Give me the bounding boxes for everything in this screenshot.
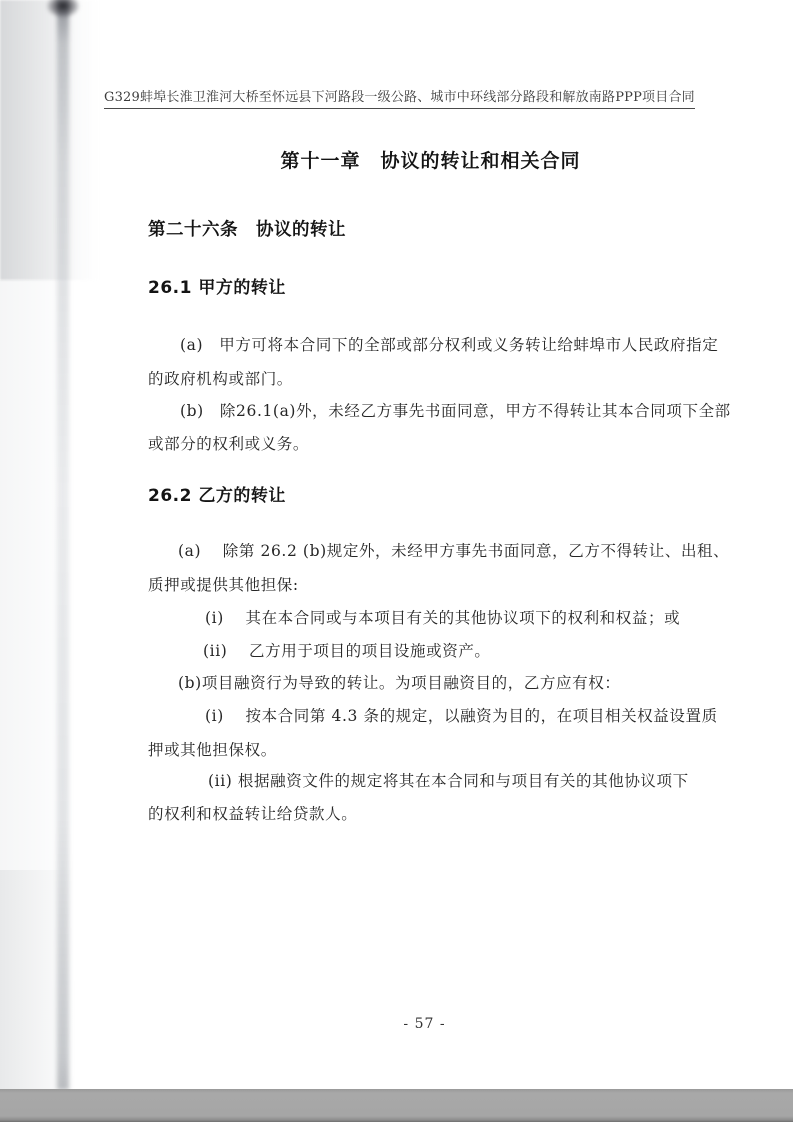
clause-26-2-line-6: (i) 按本合同第 4.3 条的规定，以融资为目的，在项目相关权益设置质: [205, 705, 718, 727]
scan-top-smudge: [46, 0, 80, 18]
clause-26-2-line-1: (a) 除第 26.2 (b)规定外，未经甲方事先书面同意，乙方不得转让、出租、: [178, 540, 729, 562]
clause-26-1-heading: 26.1 甲方的转让: [148, 273, 286, 298]
scan-shadow-left-middle: [0, 280, 95, 870]
scan-bottom-band: [0, 1089, 793, 1122]
article-heading: 第二十六条 协议的转让: [148, 216, 346, 241]
scanned-page: G329蚌埠长淮卫淮河大桥至怀远县下河路段一级公路、城市中环线部分路段和解放南路…: [0, 0, 793, 1122]
clause-26-2-line-5: (b)项目融资行为导致的转让。为项目融资目的，乙方应有权：: [178, 672, 620, 694]
clause-26-2-line-4: (ii) 乙方用于项目的项目设施或资产。: [203, 640, 491, 662]
clause-26-2-heading: 26.2 乙方的转让: [148, 481, 286, 506]
clause-26-1-line-1: (a) 甲方可将本合同下的全部或部分权利或义务转让给蚌埠市人民政府指定: [180, 334, 718, 356]
clause-26-2-line-2: 质押或提供其他担保:: [148, 574, 299, 596]
clause-26-1-line-4: 或部分的权利或义务。: [148, 433, 309, 455]
clause-26-2-line-9: 的权利和权益转让给贷款人。: [148, 803, 357, 825]
scan-shadow-left-top: [0, 0, 100, 280]
clause-26-2-line-7: 押或其他担保权。: [148, 739, 277, 761]
clause-26-2-line-8: (ii) 根据融资文件的规定将其在本合同和与项目有关的其他协议项下: [208, 770, 689, 792]
page-number: - 57 -: [28, 1016, 793, 1032]
clause-26-2-line-3: (i) 其在本合同或与本项目有关的其他协议项下的权利和权益；或: [205, 607, 680, 629]
clause-26-1-line-3: (b) 除26.1(a)外，未经乙方事先书面同意，甲方不得转让其本合同项下全部: [180, 400, 731, 422]
document-header: G329蚌埠长淮卫淮河大桥至怀远县下河路段一级公路、城市中环线部分路段和解放南路…: [104, 86, 695, 109]
scan-shadow-left-bottom: [0, 870, 95, 1090]
chapter-heading: 第十一章 协议的转让和相关合同: [34, 146, 793, 173]
clause-26-1-line-2: 的政府机构或部门。: [148, 368, 293, 390]
